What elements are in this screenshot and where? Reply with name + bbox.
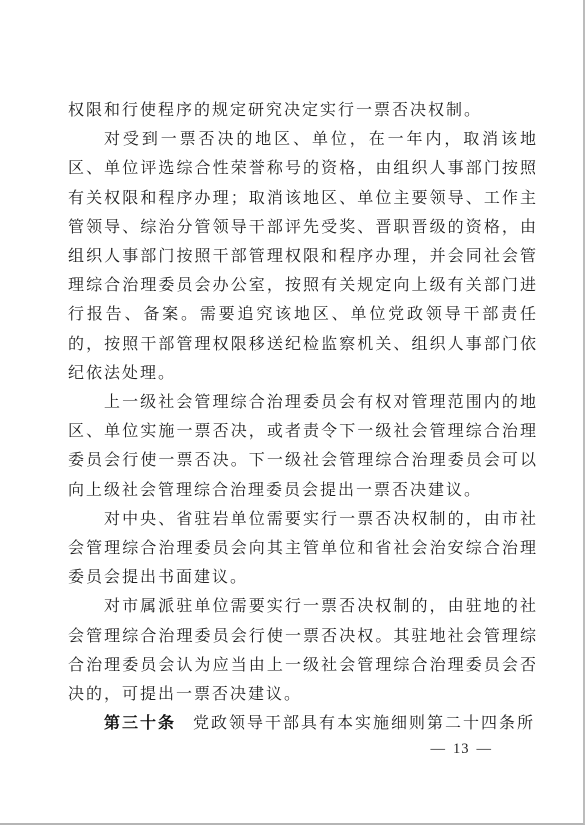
page-number-value: 13 <box>453 741 470 757</box>
paragraph-text: 上一级社会管理综合治理委员会有权对管理范围内的地区、单位实施一票否决，或者责令下… <box>68 394 538 499</box>
paragraph-text: 权限和行使程序的规定研究决定实行一票否决权制。 <box>68 102 482 119</box>
document-page: 权限和行使程序的规定研究决定实行一票否决权制。 对受到一票否决的地区、单位，在一… <box>0 0 585 825</box>
page-number: —13— <box>431 741 493 758</box>
paragraph-text: 对中央、省驻岩单位需要实行一票否决权制的，由市社会管理综合治理委员会向其主管单位… <box>68 511 538 586</box>
paragraph-text: 党政领导干部具有本实施细则第二十四条所 <box>193 715 535 732</box>
article-30-heading: 第三十条 <box>104 715 176 732</box>
text-paragraph: 上一级社会管理综合治理委员会有权对管理范围内的地区、单位实施一票否决，或者责令下… <box>68 388 538 505</box>
text-paragraph-continuation: 权限和行使程序的规定研究决定实行一票否决权制。 <box>68 96 538 125</box>
text-paragraph: 对受到一票否决的地区、单位，在一年内，取消该地区、单位评选综合性荣誉称号的资格，… <box>68 125 538 388</box>
page-number-dash-left: — <box>431 741 447 757</box>
text-paragraph-article-30: 第三十条党政领导干部具有本实施细则第二十四条所 <box>68 709 538 738</box>
paragraph-text: 对受到一票否决的地区、单位，在一年内，取消该地区、单位评选综合性荣誉称号的资格，… <box>68 131 538 382</box>
paragraph-text: 对市属派驻单位需要实行一票否决权制的，由驻地的社会管理综合治理委员会行使一票否决… <box>68 598 538 703</box>
document-text-block: 权限和行使程序的规定研究决定实行一票否决权制。 对受到一票否决的地区、单位，在一… <box>68 96 538 738</box>
text-paragraph: 对市属派驻单位需要实行一票否决权制的，由驻地的社会管理综合治理委员会行使一票否决… <box>68 592 538 709</box>
text-paragraph: 对中央、省驻岩单位需要实行一票否决权制的，由市社会管理综合治理委员会向其主管单位… <box>68 505 538 593</box>
page-number-dash-right: — <box>477 741 493 757</box>
